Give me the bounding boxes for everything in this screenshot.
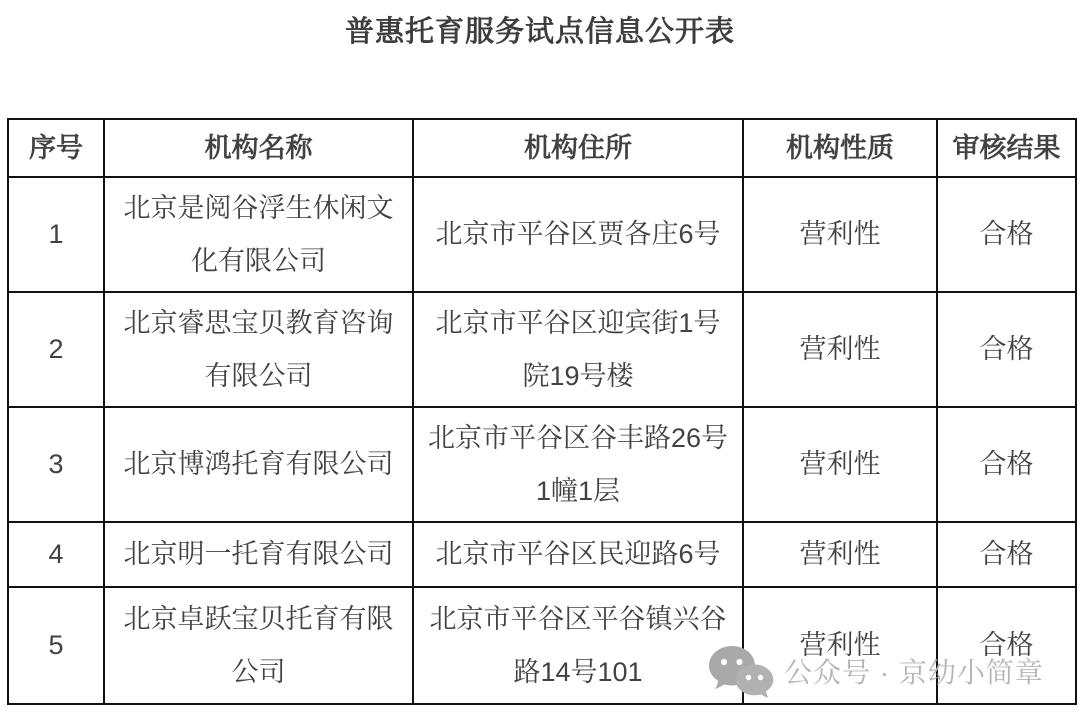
cell-result: 合格 <box>937 292 1076 407</box>
cell-index: 3 <box>8 407 104 522</box>
info-table: 序号 机构名称 机构住所 机构性质 审核结果 1 北京是阅谷浮生休闲文 化有限公… <box>7 118 1077 705</box>
cell-index: 2 <box>8 292 104 407</box>
cell-address: 北京市平谷区平谷镇兴谷 路14号101 <box>413 587 743 704</box>
cell-address: 北京市平谷区民迎路6号 <box>413 522 743 587</box>
cell-name: 北京睿思宝贝教育咨询 有限公司 <box>104 292 413 407</box>
cell-index: 4 <box>8 522 104 587</box>
cell-name: 北京明一托育有限公司 <box>104 522 413 587</box>
table-header-row: 序号 机构名称 机构住所 机构性质 审核结果 <box>8 119 1076 177</box>
page-title: 普惠托育服务试点信息公开表 <box>0 0 1080 50</box>
cell-index: 1 <box>8 177 104 292</box>
cell-name: 北京是阅谷浮生休闲文 化有限公司 <box>104 177 413 292</box>
cell-result: 合格 <box>937 587 1076 704</box>
table-row: 1 北京是阅谷浮生休闲文 化有限公司 北京市平谷区贾各庄6号 营利性 合格 <box>8 177 1076 292</box>
cell-result: 合格 <box>937 407 1076 522</box>
cell-nature: 营利性 <box>743 522 937 587</box>
table-row: 3 北京博鸿托育有限公司 北京市平谷区谷丰路26号 1幢1层 营利性 合格 <box>8 407 1076 522</box>
cell-name: 北京博鸿托育有限公司 <box>104 407 413 522</box>
col-header-index: 序号 <box>8 119 104 177</box>
cell-nature: 营利性 <box>743 587 937 704</box>
cell-address: 北京市平谷区贾各庄6号 <box>413 177 743 292</box>
cell-nature: 营利性 <box>743 292 937 407</box>
table-body: 1 北京是阅谷浮生休闲文 化有限公司 北京市平谷区贾各庄6号 营利性 合格 2 … <box>8 177 1076 704</box>
table-row: 4 北京明一托育有限公司 北京市平谷区民迎路6号 营利性 合格 <box>8 522 1076 587</box>
cell-address: 北京市平谷区谷丰路26号 1幢1层 <box>413 407 743 522</box>
table-row: 2 北京睿思宝贝教育咨询 有限公司 北京市平谷区迎宾街1号 院19号楼 营利性 … <box>8 292 1076 407</box>
cell-address: 北京市平谷区迎宾街1号 院19号楼 <box>413 292 743 407</box>
cell-nature: 营利性 <box>743 407 937 522</box>
col-header-nature: 机构性质 <box>743 119 937 177</box>
cell-nature: 营利性 <box>743 177 937 292</box>
table-row: 5 北京卓跃宝贝托育有限 公司 北京市平谷区平谷镇兴谷 路14号101 营利性 … <box>8 587 1076 704</box>
cell-index: 5 <box>8 587 104 704</box>
page: 普惠托育服务试点信息公开表 序号 机构名称 机构住所 机构性质 审核结果 1 北… <box>0 0 1080 712</box>
col-header-address: 机构住所 <box>413 119 743 177</box>
cell-name: 北京卓跃宝贝托育有限 公司 <box>104 587 413 704</box>
cell-result: 合格 <box>937 522 1076 587</box>
col-header-name: 机构名称 <box>104 119 413 177</box>
col-header-result: 审核结果 <box>937 119 1076 177</box>
cell-result: 合格 <box>937 177 1076 292</box>
